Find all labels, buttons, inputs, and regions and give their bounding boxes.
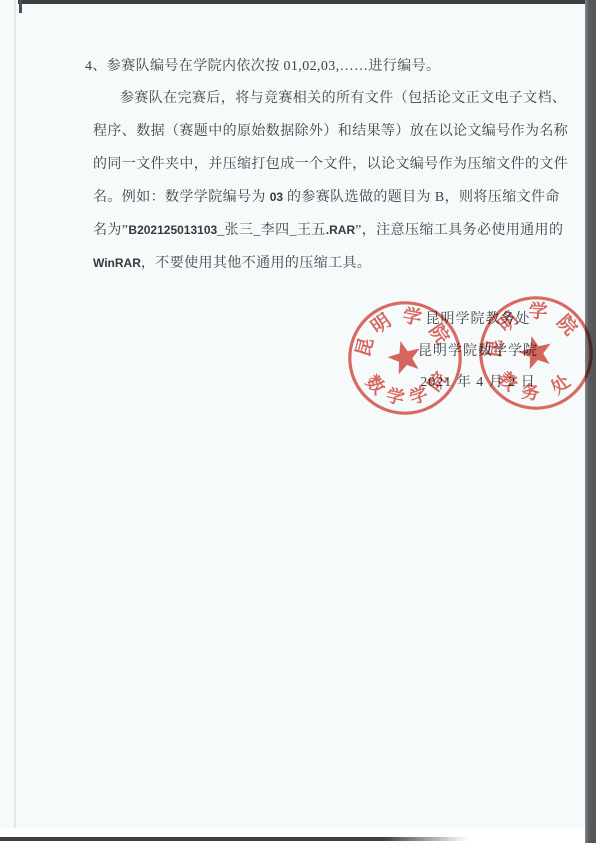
seal-character: 昆 <box>352 335 378 359</box>
paragraph-line: 程序、数据（赛题中的原始数据除外）和结果等）放在以论文编号作为名称 <box>93 115 568 148</box>
text-segment: 名。例如：数学学院编号为 <box>93 190 270 205</box>
seal-star-icon <box>388 341 420 374</box>
text-segment: _张三_李四_王五 <box>217 223 326 238</box>
paragraph-line: 名。例如：数学学院编号为 03 的参赛队选做的题目为 B，则将压缩文件命 <box>93 181 568 214</box>
text-segment: WinRAR <box>93 256 141 270</box>
scan-edge-top <box>18 0 596 4</box>
seal-character: 院 <box>423 368 451 395</box>
seal-character: 学 <box>528 299 548 323</box>
seal-character: 昆 <box>483 338 507 359</box>
text-segment: 的同一文件夹中，并压缩打包成一个文件，以论文编号作为压缩文件的文件 <box>93 157 568 172</box>
seal-star-icon <box>519 336 551 369</box>
paragraph-line: 名为”B202125013103_张三_李四_王五.RAR”，注意压缩工具务必使… <box>93 214 568 247</box>
scanned-document-page: 4、参赛队编号在学院内依次按 01,02,03,……进行编号。 参赛队在完赛后，… <box>0 0 596 843</box>
text-segment: ”，注意压缩工具务必使用通用的 <box>355 223 563 238</box>
text-segment: 参赛队在完赛后，将与竞赛相关的所有文件（包括论文正文电子文档、 <box>120 91 566 106</box>
seal-character: 务 <box>520 380 541 403</box>
paragraph-line: WinRAR，不要使用其他不通用的压缩工具。 <box>93 247 568 280</box>
scan-edge-top-left <box>19 0 22 13</box>
body-paragraph: 参赛队在完赛后，将与竞赛相关的所有文件（包括论文正文电子文档、程序、数据（赛题中… <box>93 82 568 280</box>
seal-character: 学 <box>384 384 407 409</box>
text-segment: .RAR <box>326 223 355 237</box>
paragraph-line: 参赛队在完赛后，将与竞赛相关的所有文件（包括论文正文电子文档、 <box>93 82 568 115</box>
text-segment: 程序、数据（赛题中的原始数据除外）和结果等）放在以论文编号作为名称 <box>93 124 568 139</box>
math-college-seal-stamp: 昆明学院数学学院 <box>346 299 464 417</box>
scan-edge-bottom-line <box>0 837 468 841</box>
text-segment: ，不要使用其他不通用的压缩工具。 <box>141 256 371 271</box>
scan-edge-left-line <box>14 0 16 828</box>
text-segment: B202125013103 <box>128 223 217 237</box>
text-segment: 的参赛队选做的题目为 B，则将压缩文件命 <box>283 190 560 205</box>
text-segment: 03 <box>270 190 283 204</box>
text-segment: 名为” <box>93 223 128 238</box>
seal-character: 数 <box>362 371 390 398</box>
scan-edge-right <box>585 0 596 843</box>
seal-character: 学 <box>401 304 424 330</box>
numbered-item-4: 4、参赛队编号在学院内依次按 01,02,03,……进行编号。 <box>85 50 440 83</box>
seal-character: 处 <box>547 370 574 398</box>
academic-affairs-seal-stamp: 昆明学院教务处 <box>477 294 595 412</box>
paragraph-line: 的同一文件夹中，并压缩打包成一个文件，以论文编号作为压缩文件的文件 <box>93 148 568 181</box>
